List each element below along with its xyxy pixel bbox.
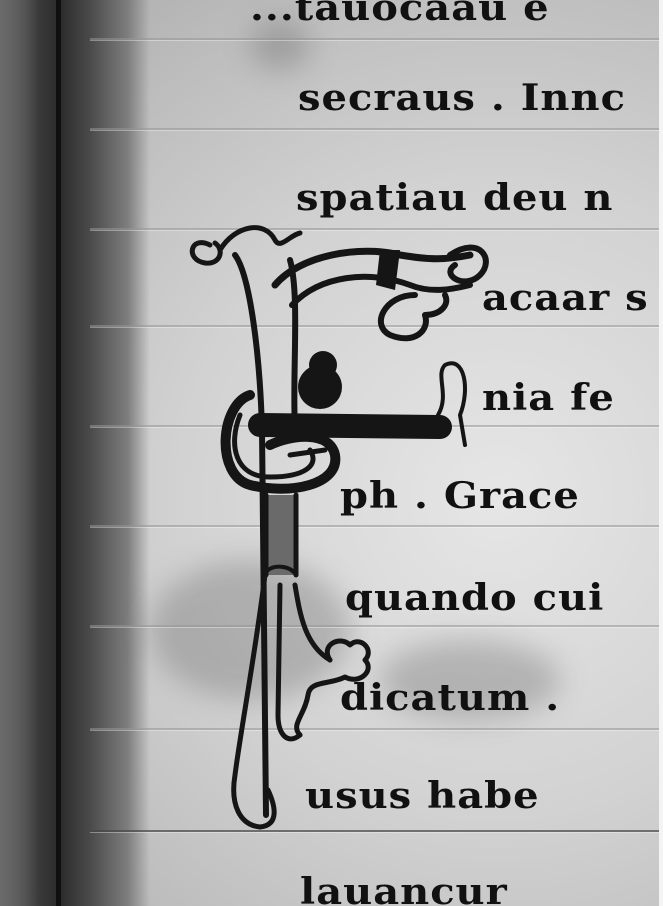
ruled-line: [90, 128, 663, 130]
text-line-10: lauancur: [300, 870, 508, 906]
ruled-line: [90, 38, 663, 40]
text-line-2: secraus . Innc: [298, 76, 626, 119]
gutter-fold-line: [56, 0, 61, 906]
text-line-3: spatiau deu n: [296, 176, 614, 219]
text-line-1: ...tauocaau e: [250, 0, 550, 29]
decorated-initial-f-icon: [180, 215, 500, 845]
photo-edge: [659, 0, 663, 906]
page-edge: [0, 0, 40, 906]
manuscript-photo: ...tauocaau e secraus . Innc spatiau deu…: [0, 0, 663, 906]
text-line-4: acaar s: [482, 276, 649, 319]
text-line-5: nia fe: [482, 376, 615, 419]
